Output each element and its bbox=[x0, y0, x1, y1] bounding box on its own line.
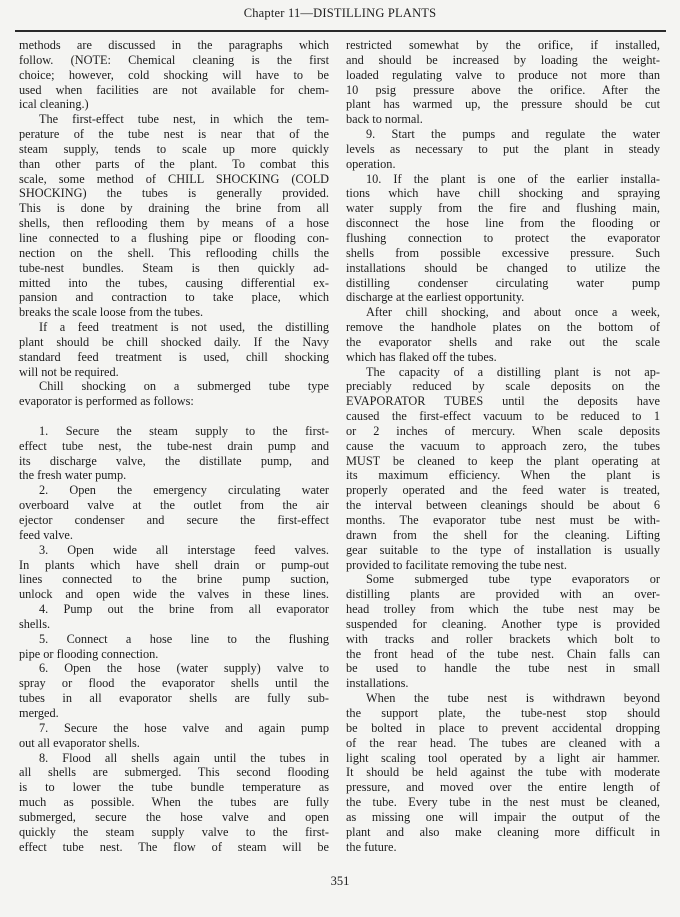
text-line: quickly the steam supply valve to the fi… bbox=[19, 825, 329, 840]
text-line: choice; however, cold shocking will have… bbox=[19, 68, 329, 83]
text-line: months. The evaporator tube nest must be… bbox=[346, 513, 660, 528]
text-line: tubes in all evaporator shells are fully… bbox=[19, 691, 329, 706]
left-column: methods are discussed in the paragraphs … bbox=[19, 38, 329, 854]
text-line: disconnect the hose line from the floodi… bbox=[346, 216, 660, 231]
text-line: line connected to a flushing pipe or flo… bbox=[19, 231, 329, 246]
text-line: lines connected to the brine pump suctio… bbox=[19, 572, 329, 587]
text-line: distilling plants are provided with an o… bbox=[346, 587, 660, 602]
text-line: spray or flood the evaporator shells unt… bbox=[19, 676, 329, 691]
text-line: If a feed treatment is not used, the dis… bbox=[19, 320, 329, 335]
text-line: shells from possible excessive pressure.… bbox=[346, 246, 660, 261]
text-line: its maximum efficiency. When the plant i… bbox=[346, 468, 660, 483]
text-line: effect tube nest. The flow of steam will… bbox=[19, 840, 329, 855]
text-line: flushing connection to protect the evapo… bbox=[346, 231, 660, 246]
text-line: installations. bbox=[346, 676, 660, 691]
text-line: scale, some method of CHILL SHOCKING (CO… bbox=[19, 172, 329, 187]
text-line: the front head of the tube nest. Chain f… bbox=[346, 647, 660, 662]
text-line: 8. Flood all shells again until the tube… bbox=[19, 751, 329, 766]
text-line: cause the vacuum to approach zero, the t… bbox=[346, 439, 660, 454]
text-line: When the tube nest is withdrawn beyond bbox=[346, 691, 660, 706]
text-line: 5. Connect a hose line to the flushing bbox=[19, 632, 329, 647]
text-line: the support plate, the tube-nest stop sh… bbox=[346, 706, 660, 721]
paragraph-gap bbox=[19, 409, 329, 424]
text-line: gear suitable to the type of installatio… bbox=[346, 543, 660, 558]
text-line: will not be required. bbox=[19, 365, 329, 380]
text-line: or 2 inches of mercury. When scale depos… bbox=[346, 424, 660, 439]
text-line: In plants which have shell drain or pump… bbox=[19, 558, 329, 573]
text-line: evaporator is performed as follows: bbox=[19, 394, 329, 409]
text-line: plant and also make cleaning more diffic… bbox=[346, 825, 660, 840]
text-line: caused the first-effect vacuum to be red… bbox=[346, 409, 660, 424]
text-line: 6. Open the hose (water supply) valve to bbox=[19, 661, 329, 676]
text-line: 10 psig pressure above the orifice. Afte… bbox=[346, 83, 660, 98]
text-line: submerged, secure the hose valve and ope… bbox=[19, 810, 329, 825]
text-line: It should be held against the tube with … bbox=[346, 765, 660, 780]
text-line: The first-effect tube nest, in which the… bbox=[19, 112, 329, 127]
text-line: plant has warmed up, the pressure should… bbox=[346, 97, 660, 112]
header-rule bbox=[15, 30, 666, 32]
text-line: ical cleaning.) bbox=[19, 97, 329, 112]
text-line: the future. bbox=[346, 840, 660, 855]
text-line: as missing one will impair the output of… bbox=[346, 810, 660, 825]
text-line: water supply from the fire and flushing … bbox=[346, 201, 660, 216]
text-line: pressure, and moved over the entire leng… bbox=[346, 780, 660, 795]
text-line: Some submerged tube type evaporators or bbox=[346, 572, 660, 587]
text-line: plant should be chill shocked daily. If … bbox=[19, 335, 329, 350]
running-header: Chapter 11—DISTILLING PLANTS bbox=[0, 6, 680, 21]
text-line: breaks the scale loose from the tubes. bbox=[19, 305, 329, 320]
text-line: restricted somewhat by the orifice, if i… bbox=[346, 38, 660, 53]
text-line: is to lower the tube bundle temperature … bbox=[19, 780, 329, 795]
text-line: EVAPORATOR TUBES until the deposits have bbox=[346, 394, 660, 409]
text-line: levels as necessary to put the plant in … bbox=[346, 142, 660, 157]
text-line: nection on the shell. This reflooding ch… bbox=[19, 246, 329, 261]
right-column: restricted somewhat by the orifice, if i… bbox=[346, 38, 660, 854]
text-line: the fresh water pump. bbox=[19, 468, 329, 483]
text-line: properly operated and the feed water is … bbox=[346, 483, 660, 498]
text-line: the interval between cleanings should be… bbox=[346, 498, 660, 513]
text-line: the evaporator shells and rake out the s… bbox=[346, 335, 660, 350]
text-line: remove the handhole plates on the bottom… bbox=[346, 320, 660, 335]
text-line: 3. Open wide all interstage feed valves. bbox=[19, 543, 329, 558]
text-line: discharge at the earliest opportunity. bbox=[346, 290, 660, 305]
text-line: standard feed treatment is used, chill s… bbox=[19, 350, 329, 365]
text-line: steam supply, tends to scale up more qui… bbox=[19, 142, 329, 157]
text-line: light scaling tool operated by a light a… bbox=[346, 751, 660, 766]
text-line: be used to handle the tube nest in small bbox=[346, 661, 660, 676]
text-line: SHOCKING) the tubes is generally provide… bbox=[19, 186, 329, 201]
text-line: shells. bbox=[19, 617, 329, 632]
text-line: loaded regulating valve to produce not m… bbox=[346, 68, 660, 83]
text-line: This is done by draining the brine from … bbox=[19, 201, 329, 216]
text-line: shells, then reflooding them by means of… bbox=[19, 216, 329, 231]
text-line: follow. (NOTE: Chemical cleaning is the … bbox=[19, 53, 329, 68]
text-line: perature of the tube nest is near that o… bbox=[19, 127, 329, 142]
text-line: 7. Secure the hose valve and again pump bbox=[19, 721, 329, 736]
text-line: ejector condenser and secure the first-e… bbox=[19, 513, 329, 528]
text-line: with tracks and roller brackets which bo… bbox=[346, 632, 660, 647]
text-line: suspended for cleaning. Another type is … bbox=[346, 617, 660, 632]
text-line: 4. Pump out the brine from all evaporato… bbox=[19, 602, 329, 617]
text-line: 2. Open the emergency circulating water bbox=[19, 483, 329, 498]
text-line: out all evaporator shells. bbox=[19, 736, 329, 751]
text-line: unlock and open wide the valves in these… bbox=[19, 587, 329, 602]
text-line: distilling condenser circulating water p… bbox=[346, 276, 660, 291]
text-line: operation. bbox=[346, 157, 660, 172]
text-line: drawn from the shell for the cleaning. L… bbox=[346, 528, 660, 543]
text-line: 9. Start the pumps and regulate the wate… bbox=[346, 127, 660, 142]
text-line: its discharge valve, the distillate pump… bbox=[19, 454, 329, 469]
text-line: pansion and contraction to take place, w… bbox=[19, 290, 329, 305]
text-line: preciably reduced by scale deposits on t… bbox=[346, 379, 660, 394]
text-line: all shells are submerged. This second fl… bbox=[19, 765, 329, 780]
text-line: methods are discussed in the paragraphs … bbox=[19, 38, 329, 53]
text-line: pipe or flooding connection. bbox=[19, 647, 329, 662]
text-line: be bolted in place to prevent accidental… bbox=[346, 721, 660, 736]
document-page: Chapter 11—DISTILLING PLANTS methods are… bbox=[0, 0, 680, 917]
text-line: mitted into the tubes, causing different… bbox=[19, 276, 329, 291]
text-line: 1. Secure the steam supply to the first- bbox=[19, 424, 329, 439]
text-line: the tube. Every tube in the nest must be… bbox=[346, 795, 660, 810]
text-line: tions which have chill shocking and spra… bbox=[346, 186, 660, 201]
text-line: much as possible. When the tubes are ful… bbox=[19, 795, 329, 810]
page-number: 351 bbox=[0, 874, 680, 889]
text-line: provided to facilitate removing the tube… bbox=[346, 558, 660, 573]
text-line: merged. bbox=[19, 706, 329, 721]
text-line: head trolley from which the tube nest ma… bbox=[346, 602, 660, 617]
text-line: The capacity of a distilling plant is no… bbox=[346, 365, 660, 380]
text-line: Chill shocking on a submerged tube type bbox=[19, 379, 329, 394]
text-line: back to normal. bbox=[346, 112, 660, 127]
text-line: and should be increased by loading the w… bbox=[346, 53, 660, 68]
text-line: than other parts of the plant. To combat… bbox=[19, 157, 329, 172]
text-line: effect tube nest, the tube-nest drain pu… bbox=[19, 439, 329, 454]
text-line: feed valve. bbox=[19, 528, 329, 543]
text-line: 10. If the plant is one of the earlier i… bbox=[346, 172, 660, 187]
text-line: used when facilities are not available f… bbox=[19, 83, 329, 98]
text-line: MUST be cleaned to keep the plant operat… bbox=[346, 454, 660, 469]
text-line: After chill shocking, and about once a w… bbox=[346, 305, 660, 320]
text-line: of the rear head. The tubes are cleaned … bbox=[346, 736, 660, 751]
text-line: installations should be changed to utili… bbox=[346, 261, 660, 276]
text-line: which has flaked off the tubes. bbox=[346, 350, 660, 365]
text-line: tube-nest bundles. Steam is then quickly… bbox=[19, 261, 329, 276]
text-line: overboard valve at the outlet from the a… bbox=[19, 498, 329, 513]
